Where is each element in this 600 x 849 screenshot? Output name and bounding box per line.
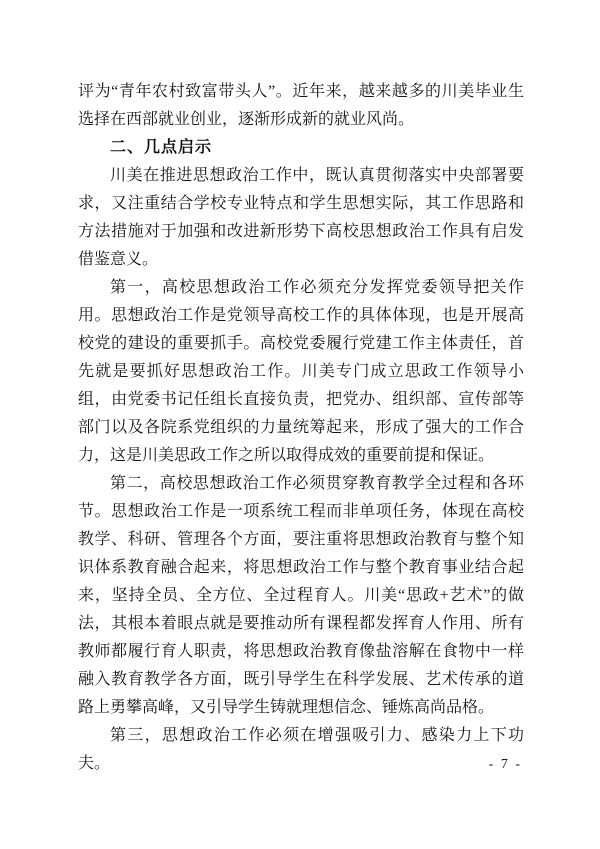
paragraph-point-3: 第三，思想政治工作必须在增强吸引力、感染力上下功夫。 [78,722,524,778]
document-page: 评为“青年农村致富带头人”。近年来，越来越多的川美毕业生选择在西部就业创业，逐渐… [0,0,600,849]
paragraph-point-2: 第二，高校思想政治工作必须贯穿教育教学全过程和各环节。思想政治工作是一项系统工程… [78,470,524,722]
paragraph-point-1: 第一，高校思想政治工作必须充分发挥党委领导把关作用。思想政治工作是党领导高校工作… [78,274,524,470]
section-heading: 二、几点启示 [78,134,524,162]
paragraph-employment-trend: 评为“青年农村致富带头人”。近年来，越来越多的川美毕业生选择在西部就业创业，逐渐… [78,78,524,134]
document-body: 评为“青年农村致富带头人”。近年来，越来越多的川美毕业生选择在西部就业创业，逐渐… [78,78,524,778]
paragraph-overview: 川美在推进思想政治工作中，既认真贯彻落实中央部署要求，又注重结合学校专业特点和学… [78,162,524,274]
page-number: - 7 - [489,755,522,775]
